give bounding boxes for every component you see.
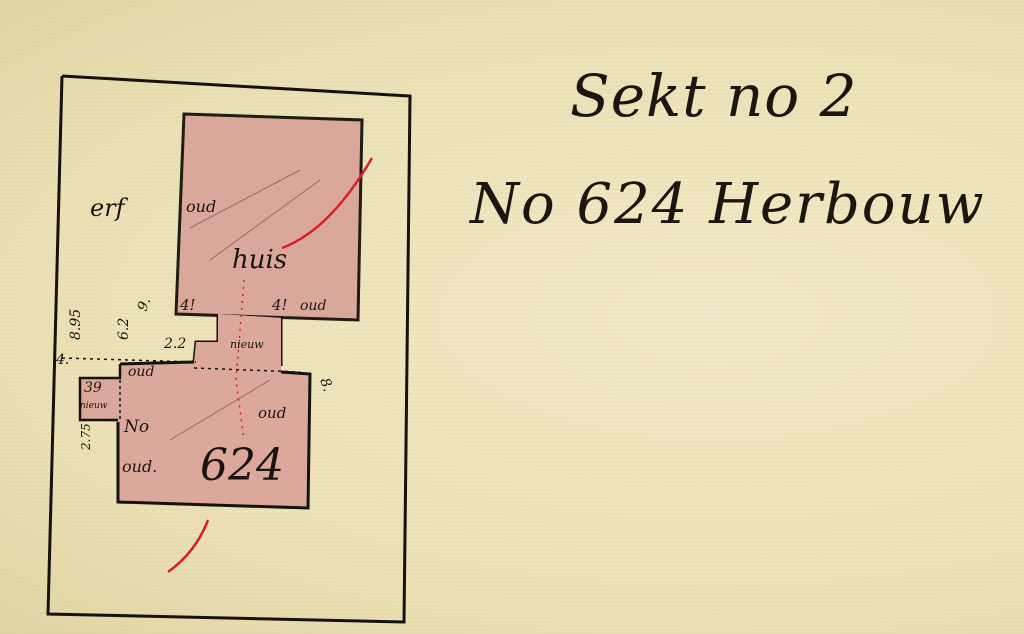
svg-text:oud: oud [186, 197, 216, 216]
section-heading: Sekt no 2 [570, 62, 858, 130]
svg-text:39: 39 [84, 380, 102, 396]
svg-text:nieuw: nieuw [230, 338, 264, 351]
parcel-number: 624 [200, 440, 284, 491]
svg-text:4!: 4! [179, 296, 196, 314]
svg-text:9.: 9. [135, 295, 155, 313]
svg-text:4.: 4. [55, 352, 69, 368]
parcel-heading: No 624 Herbouw [470, 172, 986, 237]
red-line-lower [168, 520, 208, 572]
label-huis: huis [232, 245, 287, 275]
svg-text:2.2: 2.2 [163, 336, 186, 352]
label-erf: erf [90, 194, 129, 222]
cadastral-plan: erf oud huis 4! 4! oud nieuw 2.2 oud oud… [0, 0, 1024, 634]
svg-text:oud.: oud. [122, 457, 157, 476]
svg-text:4!: 4! [271, 296, 288, 314]
svg-text:8.95: 8.95 [68, 309, 84, 340]
svg-text:oud: oud [128, 364, 154, 380]
svg-text:No: No [123, 417, 149, 437]
svg-text:6.2: 6.2 [116, 318, 132, 340]
svg-text:oud: oud [258, 404, 286, 422]
svg-text:2.75: 2.75 [79, 423, 93, 451]
svg-text:nieuw: nieuw [80, 401, 108, 411]
svg-text:oud: oud [300, 298, 326, 314]
svg-text:8.: 8. [316, 376, 336, 394]
